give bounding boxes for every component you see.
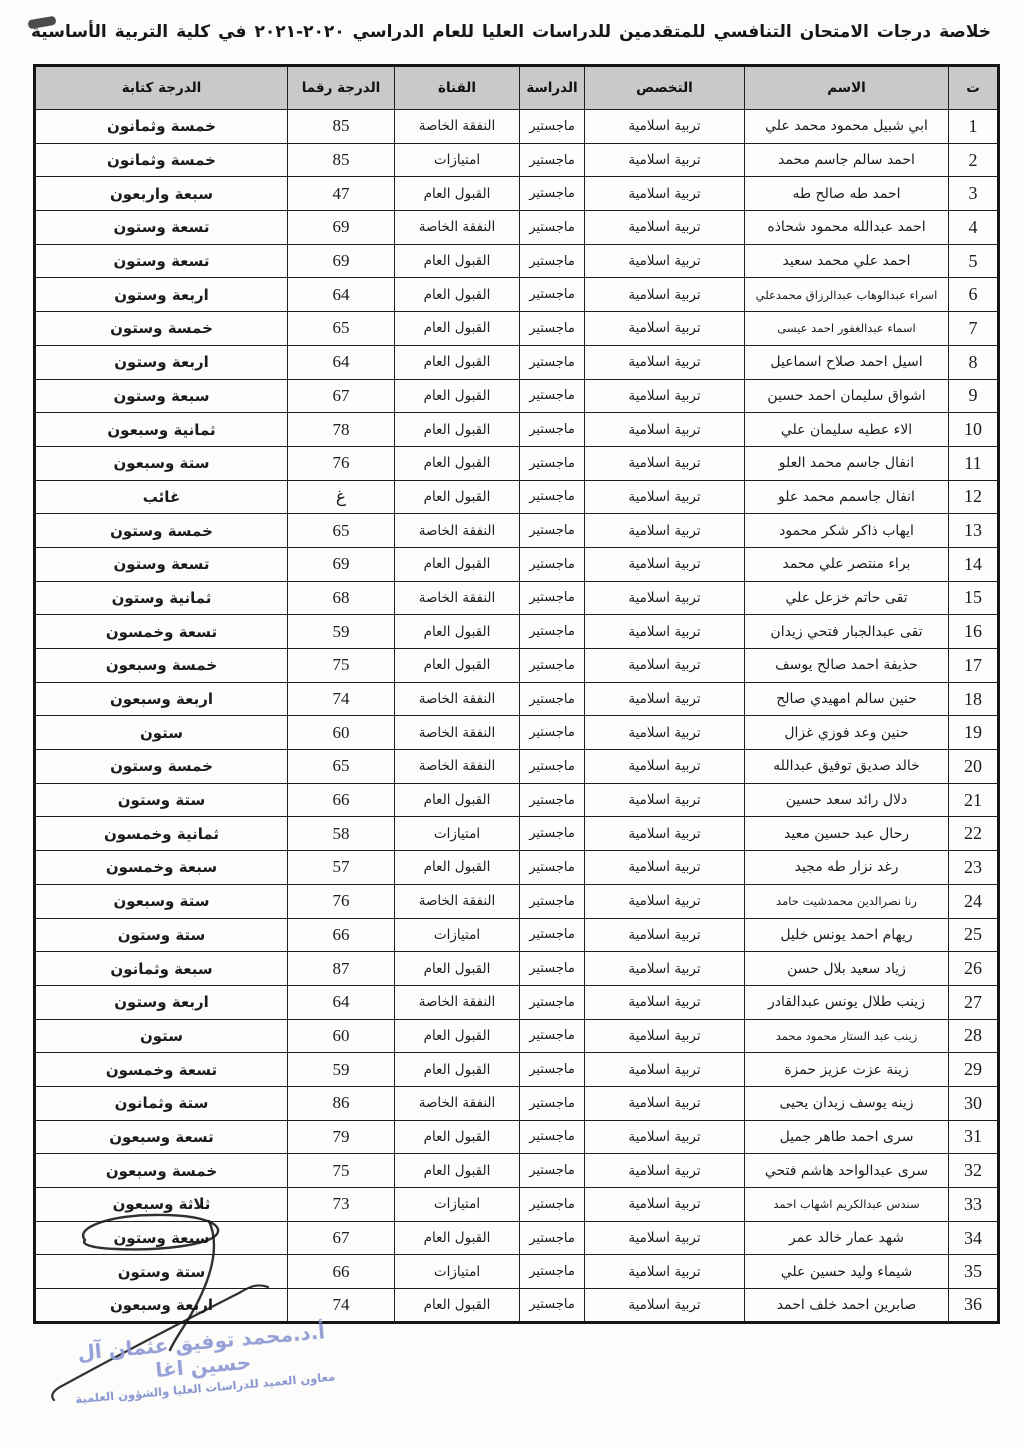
table-row: 20خالد صديق توفيق عبداللهتربية اسلاميةما…	[35, 750, 999, 784]
cell-index: 31	[949, 1120, 999, 1154]
cell-channel: القبول العام	[395, 1053, 520, 1087]
cell-study: ماجستير	[520, 918, 585, 952]
cell-channel: القبول العام	[395, 446, 520, 480]
cell-grade-number: 73	[288, 1188, 395, 1222]
cell-channel: النفقة الخاصة	[395, 211, 520, 245]
table-row: 12انفال جاسمم محمد علوتربية اسلاميةماجست…	[35, 480, 999, 514]
cell-grade-number: 66	[288, 1255, 395, 1289]
table-row: 25ريهام احمد يونس خليلتربية اسلاميةماجست…	[35, 918, 999, 952]
table-row: 30زينه يوسف زيدان يحيىتربية اسلاميةماجست…	[35, 1086, 999, 1120]
cell-channel: القبول العام	[395, 480, 520, 514]
cell-grade-text: تسعة وستون	[35, 211, 288, 245]
cell-channel: القبول العام	[395, 615, 520, 649]
table-row: 4احمد عبدالله محمود شحاذهتربية اسلاميةما…	[35, 211, 999, 245]
cell-specialization: تربية اسلامية	[585, 716, 745, 750]
cell-grade-number: 64	[288, 278, 395, 312]
cell-specialization: تربية اسلامية	[585, 480, 745, 514]
cell-name: زينب عبد الستار محمود محمد	[745, 1019, 949, 1053]
cell-name: تقى حاتم خزعل علي	[745, 581, 949, 615]
cell-specialization: تربية اسلامية	[585, 952, 745, 986]
cell-specialization: تربية اسلامية	[585, 413, 745, 447]
cell-specialization: تربية اسلامية	[585, 244, 745, 278]
cell-study: ماجستير	[520, 1221, 585, 1255]
cell-grade-text: اربعة وسبعون	[35, 682, 288, 716]
header-row: ت الاسم التخصص الدراسة القناة الدرجة رقم…	[35, 66, 999, 110]
cell-index: 10	[949, 413, 999, 447]
cell-study: ماجستير	[520, 783, 585, 817]
cell-study: ماجستير	[520, 985, 585, 1019]
cell-study: ماجستير	[520, 750, 585, 784]
table-row: 22رحال عبد حسين معيدتربية اسلاميةماجستير…	[35, 817, 999, 851]
table-row: 9اشواق سليمان احمد حسينتربية اسلاميةماجس…	[35, 379, 999, 413]
cell-study: ماجستير	[520, 682, 585, 716]
cell-index: 21	[949, 783, 999, 817]
cell-study: ماجستير	[520, 1053, 585, 1087]
cell-specialization: تربية اسلامية	[585, 682, 745, 716]
cell-specialization: تربية اسلامية	[585, 514, 745, 548]
cell-grade-number: 74	[288, 682, 395, 716]
cell-index: 2	[949, 143, 999, 177]
cell-grade-text: ثمانية وستون	[35, 581, 288, 615]
table-row: 14براء منتصر علي محمدتربية اسلاميةماجستي…	[35, 547, 999, 581]
table-row: 19حنين وعد فوزي غزالتربية اسلاميةماجستير…	[35, 716, 999, 750]
table-row: 6اسراء عبدالوهاب عبدالرزاق محمدعليتربية …	[35, 278, 999, 312]
cell-grade-text: ثمانية وسبعون	[35, 413, 288, 447]
cell-specialization: تربية اسلامية	[585, 547, 745, 581]
cell-channel: النفقة الخاصة	[395, 682, 520, 716]
cell-grade-text: اربعة وسبعون	[35, 1289, 288, 1323]
cell-grade-number: 68	[288, 581, 395, 615]
cell-grade-number: 64	[288, 345, 395, 379]
cell-study: ماجستير	[520, 244, 585, 278]
header-grade-number: الدرجة رقما	[288, 66, 395, 110]
cell-channel: النفقة الخاصة	[395, 581, 520, 615]
cell-grade-number: 85	[288, 110, 395, 144]
cell-study: ماجستير	[520, 615, 585, 649]
table-row: 11انفال جاسم محمد العلوتربية اسلاميةماجس…	[35, 446, 999, 480]
cell-name: حذيفة احمد صالح يوسف	[745, 649, 949, 683]
cell-index: 26	[949, 952, 999, 986]
cell-channel: القبول العام	[395, 851, 520, 885]
cell-name: احمد علي محمد سعيد	[745, 244, 949, 278]
cell-channel: النفقة الخاصة	[395, 716, 520, 750]
cell-name: صابرين احمد خلف احمد	[745, 1289, 949, 1323]
cell-name: احمد طه صالح طه	[745, 177, 949, 211]
cell-index: 4	[949, 211, 999, 245]
cell-grade-number: 85	[288, 143, 395, 177]
cell-specialization: تربية اسلامية	[585, 1120, 745, 1154]
cell-channel: القبول العام	[395, 547, 520, 581]
cell-grade-number: غ	[288, 480, 395, 514]
cell-grade-text: سبعة واربعون	[35, 177, 288, 211]
cell-specialization: تربية اسلامية	[585, 1019, 745, 1053]
cell-index: 16	[949, 615, 999, 649]
cell-index: 28	[949, 1019, 999, 1053]
table-row: 31سرى احمد طاهر جميلتربية اسلاميةماجستير…	[35, 1120, 999, 1154]
cell-name: رغد نزار طه مجيد	[745, 851, 949, 885]
cell-index: 6	[949, 278, 999, 312]
cell-channel: امتيازات	[395, 1188, 520, 1222]
table-row: 34شهد عمار خالد عمرتربية اسلاميةماجستيرا…	[35, 1221, 999, 1255]
cell-grade-text: خمسة وثمانون	[35, 143, 288, 177]
cell-grade-text: ستة وسبعون	[35, 446, 288, 480]
cell-index: 13	[949, 514, 999, 548]
cell-specialization: تربية اسلامية	[585, 211, 745, 245]
cell-grade-text: ستة وستون	[35, 1255, 288, 1289]
cell-specialization: تربية اسلامية	[585, 1154, 745, 1188]
cell-index: 3	[949, 177, 999, 211]
cell-grade-text: تسعة وستون	[35, 244, 288, 278]
cell-specialization: تربية اسلامية	[585, 1221, 745, 1255]
table-row: 13ايهاب ذاكر شكر محمودتربية اسلاميةماجست…	[35, 514, 999, 548]
cell-channel: القبول العام	[395, 1120, 520, 1154]
cell-index: 27	[949, 985, 999, 1019]
cell-name: اسماء عبدالغفور احمد عيسى	[745, 312, 949, 346]
cell-study: ماجستير	[520, 446, 585, 480]
page-title: خلاصة درجات الامتحان التنافسي للمتقدمين …	[31, 22, 991, 42]
cell-specialization: تربية اسلامية	[585, 649, 745, 683]
cell-channel: القبول العام	[395, 1154, 520, 1188]
cell-grade-text: ستون	[35, 1019, 288, 1053]
cell-specialization: تربية اسلامية	[585, 918, 745, 952]
cell-name: ايهاب ذاكر شكر محمود	[745, 514, 949, 548]
cell-grade-number: 75	[288, 649, 395, 683]
table-row: 15تقى حاتم خزعل عليتربية اسلاميةماجستيرا…	[35, 581, 999, 615]
cell-grade-text: ثمانية وخمسون	[35, 817, 288, 851]
cell-channel: امتيازات	[395, 143, 520, 177]
cell-study: ماجستير	[520, 649, 585, 683]
cell-study: ماجستير	[520, 345, 585, 379]
cell-index: 35	[949, 1255, 999, 1289]
cell-channel: القبول العام	[395, 177, 520, 211]
cell-grade-text: ستة وسبعون	[35, 884, 288, 918]
cell-grade-number: 65	[288, 312, 395, 346]
cell-specialization: تربية اسلامية	[585, 750, 745, 784]
table-row: 8اسيل احمد صلاح اسماعيلتربية اسلاميةماجس…	[35, 345, 999, 379]
header-study: الدراسة	[520, 66, 585, 110]
cell-name: اسراء عبدالوهاب عبدالرزاق محمدعلي	[745, 278, 949, 312]
cell-name: انفال جاسم محمد العلو	[745, 446, 949, 480]
cell-grade-text: خمسة وستون	[35, 312, 288, 346]
header-specialization: التخصص	[585, 66, 745, 110]
cell-specialization: تربية اسلامية	[585, 278, 745, 312]
cell-study: ماجستير	[520, 413, 585, 447]
cell-index: 9	[949, 379, 999, 413]
table-row: 3احمد طه صالح طهتربية اسلاميةماجستيرالقب…	[35, 177, 999, 211]
cell-name: خالد صديق توفيق عبدالله	[745, 750, 949, 784]
cell-specialization: تربية اسلامية	[585, 312, 745, 346]
cell-index: 22	[949, 817, 999, 851]
cell-study: ماجستير	[520, 884, 585, 918]
cell-index: 1	[949, 110, 999, 144]
header-channel: القناة	[395, 66, 520, 110]
cell-grade-text: تسعة وخمسون	[35, 615, 288, 649]
cell-grade-text: خمسة وسبعون	[35, 649, 288, 683]
cell-name: سرى عبدالواحد هاشم فتحي	[745, 1154, 949, 1188]
cell-grade-number: 64	[288, 985, 395, 1019]
cell-study: ماجستير	[520, 716, 585, 750]
cell-specialization: تربية اسلامية	[585, 1188, 745, 1222]
cell-grade-text: سبعة وثمانون	[35, 952, 288, 986]
cell-study: ماجستير	[520, 312, 585, 346]
cell-index: 8	[949, 345, 999, 379]
cell-name: زياد سعيد بلال حسن	[745, 952, 949, 986]
cell-specialization: تربية اسلامية	[585, 1053, 745, 1087]
cell-specialization: تربية اسلامية	[585, 581, 745, 615]
cell-grade-text: ستة وستون	[35, 783, 288, 817]
table-row: 28زينب عبد الستار محمود محمدتربية اسلامي…	[35, 1019, 999, 1053]
cell-index: 18	[949, 682, 999, 716]
cell-channel: القبول العام	[395, 244, 520, 278]
cell-channel: القبول العام	[395, 278, 520, 312]
official-stamp: أ.د.محمد توفيق عثمان آل حسين اغا معاون ا…	[46, 1317, 360, 1409]
cell-name: زينب طلال يونس عبدالقادر	[745, 985, 949, 1019]
cell-specialization: تربية اسلامية	[585, 1255, 745, 1289]
cell-index: 7	[949, 312, 999, 346]
cell-channel: النفقة الخاصة	[395, 985, 520, 1019]
cell-study: ماجستير	[520, 1019, 585, 1053]
cell-name: سندس عبدالكريم اشهاب احمد	[745, 1188, 949, 1222]
cell-channel: النفقة الخاصة	[395, 514, 520, 548]
cell-study: ماجستير	[520, 143, 585, 177]
cell-grade-text: تسعة وستون	[35, 547, 288, 581]
cell-grade-text: سبعة وستون	[35, 1221, 288, 1255]
cell-index: 5	[949, 244, 999, 278]
table-row: 5احمد علي محمد سعيدتربية اسلاميةماجستيرا…	[35, 244, 999, 278]
cell-study: ماجستير	[520, 851, 585, 885]
cell-grade-number: 57	[288, 851, 395, 885]
cell-name: الاء عطيه سليمان علي	[745, 413, 949, 447]
cell-index: 36	[949, 1289, 999, 1323]
table-row: 23رغد نزار طه مجيدتربية اسلاميةماجستيرال…	[35, 851, 999, 885]
cell-name: اشواق سليمان احمد حسين	[745, 379, 949, 413]
cell-specialization: تربية اسلامية	[585, 379, 745, 413]
cell-specialization: تربية اسلامية	[585, 851, 745, 885]
cell-index: 32	[949, 1154, 999, 1188]
cell-name: رحال عبد حسين معيد	[745, 817, 949, 851]
cell-grade-number: 59	[288, 615, 395, 649]
cell-name: تقى عبدالجبار فتحي زيدان	[745, 615, 949, 649]
cell-name: دلال رائد سعد حسين	[745, 783, 949, 817]
cell-grade-text: خمسة وثمانون	[35, 110, 288, 144]
cell-name: انفال جاسمم محمد علو	[745, 480, 949, 514]
table-row: 29زينة عزت عزيز حمزةتربية اسلاميةماجستير…	[35, 1053, 999, 1087]
table-row: 36صابرين احمد خلف احمدتربية اسلاميةماجست…	[35, 1289, 999, 1323]
cell-grade-text: تسعة وخمسون	[35, 1053, 288, 1087]
cell-channel: القبول العام	[395, 783, 520, 817]
cell-study: ماجستير	[520, 817, 585, 851]
cell-grade-number: 47	[288, 177, 395, 211]
cell-channel: القبول العام	[395, 952, 520, 986]
cell-grade-number: 69	[288, 547, 395, 581]
cell-study: ماجستير	[520, 1289, 585, 1323]
cell-channel: امتيازات	[395, 1255, 520, 1289]
cell-channel: القبول العام	[395, 312, 520, 346]
cell-index: 29	[949, 1053, 999, 1087]
results-tbody: 1ابي شبيل محمود محمد عليتربية اسلاميةماج…	[35, 110, 999, 1323]
cell-grade-text: خمسة وستون	[35, 750, 288, 784]
cell-channel: امتيازات	[395, 817, 520, 851]
cell-grade-text: ستون	[35, 716, 288, 750]
cell-index: 23	[949, 851, 999, 885]
cell-channel: القبول العام	[395, 1289, 520, 1323]
cell-grade-number: 79	[288, 1120, 395, 1154]
cell-name: احمد عبدالله محمود شحاذه	[745, 211, 949, 245]
cell-study: ماجستير	[520, 110, 585, 144]
cell-channel: النفقة الخاصة	[395, 750, 520, 784]
table-row: 21دلال رائد سعد حسينتربية اسلاميةماجستير…	[35, 783, 999, 817]
cell-study: ماجستير	[520, 211, 585, 245]
cell-name: سرى احمد طاهر جميل	[745, 1120, 949, 1154]
table-row: 10الاء عطيه سليمان عليتربية اسلاميةماجست…	[35, 413, 999, 447]
cell-grade-number: 78	[288, 413, 395, 447]
cell-grade-number: 60	[288, 1019, 395, 1053]
cell-name: رنا نصرالدين محمدشيت حامد	[745, 884, 949, 918]
cell-name: شهد عمار خالد عمر	[745, 1221, 949, 1255]
cell-grade-number: 66	[288, 783, 395, 817]
cell-name: ابي شبيل محمود محمد علي	[745, 110, 949, 144]
cell-channel: النفقة الخاصة	[395, 884, 520, 918]
cell-specialization: تربية اسلامية	[585, 884, 745, 918]
cell-grade-number: 76	[288, 446, 395, 480]
cell-specialization: تربية اسلامية	[585, 783, 745, 817]
cell-grade-text: خمسة وستون	[35, 514, 288, 548]
cell-grade-number: 69	[288, 244, 395, 278]
cell-name: حنين وعد فوزي غزال	[745, 716, 949, 750]
cell-study: ماجستير	[520, 1086, 585, 1120]
cell-grade-text: ستة وثمانون	[35, 1086, 288, 1120]
cell-grade-number: 58	[288, 817, 395, 851]
cell-specialization: تربية اسلامية	[585, 817, 745, 851]
cell-index: 12	[949, 480, 999, 514]
cell-index: 11	[949, 446, 999, 480]
cell-specialization: تربية اسلامية	[585, 1086, 745, 1120]
cell-grade-number: 60	[288, 716, 395, 750]
cell-channel: النفقة الخاصة	[395, 1086, 520, 1120]
header-index: ت	[949, 66, 999, 110]
cell-channel: القبول العام	[395, 649, 520, 683]
cell-study: ماجستير	[520, 1188, 585, 1222]
table-row: 7اسماء عبدالغفور احمد عيسىتربية اسلاميةم…	[35, 312, 999, 346]
table-row: 17حذيفة احمد صالح يوسفتربية اسلاميةماجست…	[35, 649, 999, 683]
cell-specialization: تربية اسلامية	[585, 110, 745, 144]
table-row: 33سندس عبدالكريم اشهاب احمدتربية اسلامية…	[35, 1188, 999, 1222]
table-row: 1ابي شبيل محمود محمد عليتربية اسلاميةماج…	[35, 110, 999, 144]
cell-study: ماجستير	[520, 514, 585, 548]
cell-study: ماجستير	[520, 581, 585, 615]
cell-grade-text: خمسة وسبعون	[35, 1154, 288, 1188]
cell-name: زينة عزت عزيز حمزة	[745, 1053, 949, 1087]
cell-name: زينه يوسف زيدان يحيى	[745, 1086, 949, 1120]
cell-name: حنين سالم امهيدي صالح	[745, 682, 949, 716]
cell-study: ماجستير	[520, 1120, 585, 1154]
cell-grade-number: 76	[288, 884, 395, 918]
cell-grade-text: سبعة وخمسون	[35, 851, 288, 885]
cell-study: ماجستير	[520, 1154, 585, 1188]
cell-specialization: تربية اسلامية	[585, 1289, 745, 1323]
cell-study: ماجستير	[520, 547, 585, 581]
header-name: الاسم	[745, 66, 949, 110]
cell-grade-number: 87	[288, 952, 395, 986]
cell-grade-text: اربعة وستون	[35, 278, 288, 312]
cell-index: 33	[949, 1188, 999, 1222]
cell-name: براء منتصر علي محمد	[745, 547, 949, 581]
cell-index: 24	[949, 884, 999, 918]
cell-grade-text: سبعة وستون	[35, 379, 288, 413]
cell-specialization: تربية اسلامية	[585, 985, 745, 1019]
cell-study: ماجستير	[520, 952, 585, 986]
cell-study: ماجستير	[520, 1255, 585, 1289]
cell-index: 19	[949, 716, 999, 750]
cell-name: ريهام احمد يونس خليل	[745, 918, 949, 952]
header-grade-text: الدرجة كتابة	[35, 66, 288, 110]
cell-specialization: تربية اسلامية	[585, 446, 745, 480]
cell-study: ماجستير	[520, 177, 585, 211]
cell-study: ماجستير	[520, 278, 585, 312]
cell-grade-number: 59	[288, 1053, 395, 1087]
cell-index: 30	[949, 1086, 999, 1120]
cell-specialization: تربية اسلامية	[585, 615, 745, 649]
cell-index: 14	[949, 547, 999, 581]
cell-name: احمد سالم جاسم محمد	[745, 143, 949, 177]
cell-index: 15	[949, 581, 999, 615]
cell-specialization: تربية اسلامية	[585, 143, 745, 177]
table-header: ت الاسم التخصص الدراسة القناة الدرجة رقم…	[35, 66, 999, 110]
cell-grade-number: 65	[288, 750, 395, 784]
cell-specialization: تربية اسلامية	[585, 345, 745, 379]
cell-specialization: تربية اسلامية	[585, 177, 745, 211]
cell-channel: النفقة الخاصة	[395, 110, 520, 144]
cell-grade-text: اربعة وستون	[35, 985, 288, 1019]
table-row: 32سرى عبدالواحد هاشم فتحيتربية اسلاميةما…	[35, 1154, 999, 1188]
results-table: ت الاسم التخصص الدراسة القناة الدرجة رقم…	[33, 64, 1000, 1324]
table-row: 26زياد سعيد بلال حسنتربية اسلاميةماجستير…	[35, 952, 999, 986]
table-row: 27زينب طلال يونس عبدالقادرتربية اسلاميةم…	[35, 985, 999, 1019]
cell-study: ماجستير	[520, 480, 585, 514]
cell-channel: امتيازات	[395, 918, 520, 952]
cell-study: ماجستير	[520, 379, 585, 413]
cell-grade-number: 66	[288, 918, 395, 952]
cell-name: اسيل احمد صلاح اسماعيل	[745, 345, 949, 379]
cell-index: 34	[949, 1221, 999, 1255]
cell-grade-number: 86	[288, 1086, 395, 1120]
cell-index: 17	[949, 649, 999, 683]
cell-channel: القبول العام	[395, 1221, 520, 1255]
cell-channel: القبول العام	[395, 345, 520, 379]
cell-channel: القبول العام	[395, 379, 520, 413]
table-row: 2احمد سالم جاسم محمدتربية اسلاميةماجستير…	[35, 143, 999, 177]
cell-grade-number: 67	[288, 1221, 395, 1255]
scanned-document-page: خلاصة درجات الامتحان التنافسي للمتقدمين …	[0, 0, 1024, 1448]
cell-name: شيماء وليد حسين علي	[745, 1255, 949, 1289]
cell-grade-number: 69	[288, 211, 395, 245]
cell-grade-number: 65	[288, 514, 395, 548]
cell-grade-number: 75	[288, 1154, 395, 1188]
cell-grade-text: تسعة وسبعون	[35, 1120, 288, 1154]
cell-channel: القبول العام	[395, 1019, 520, 1053]
cell-grade-text: غائب	[35, 480, 288, 514]
cell-grade-text: ثلاثة وسبعون	[35, 1188, 288, 1222]
cell-channel: القبول العام	[395, 413, 520, 447]
table-row: 24رنا نصرالدين محمدشيت حامدتربية اسلامية…	[35, 884, 999, 918]
cell-index: 25	[949, 918, 999, 952]
table-row: 35شيماء وليد حسين عليتربية اسلاميةماجستي…	[35, 1255, 999, 1289]
cell-grade-text: اربعة وستون	[35, 345, 288, 379]
cell-index: 20	[949, 750, 999, 784]
cell-grade-number: 67	[288, 379, 395, 413]
table-row: 16تقى عبدالجبار فتحي زيدانتربية اسلاميةم…	[35, 615, 999, 649]
cell-grade-text: ستة وستون	[35, 918, 288, 952]
